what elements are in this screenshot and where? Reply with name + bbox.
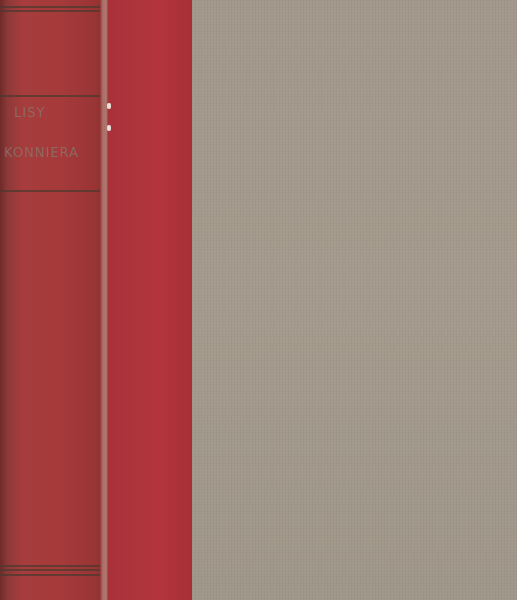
spine-band-top <box>0 10 100 12</box>
cloth-cover <box>192 0 517 600</box>
worn-spot <box>107 103 111 109</box>
spine-band-bottom <box>0 574 100 576</box>
spine-title-line-1: LISY <box>14 106 45 121</box>
spine-band-top <box>0 6 100 8</box>
spine-band-bottom <box>0 565 100 567</box>
spine-band <box>0 95 100 97</box>
spine-hinge <box>100 0 108 600</box>
worn-spot <box>107 125 111 131</box>
spine-title-line-2: KONNIERA <box>4 146 79 161</box>
book-spine <box>0 0 108 600</box>
spine-band-bottom <box>0 569 100 571</box>
spine-band <box>0 190 100 192</box>
red-cover-strip <box>108 0 192 600</box>
book-photo: LISY KONNIERA <box>0 0 517 600</box>
